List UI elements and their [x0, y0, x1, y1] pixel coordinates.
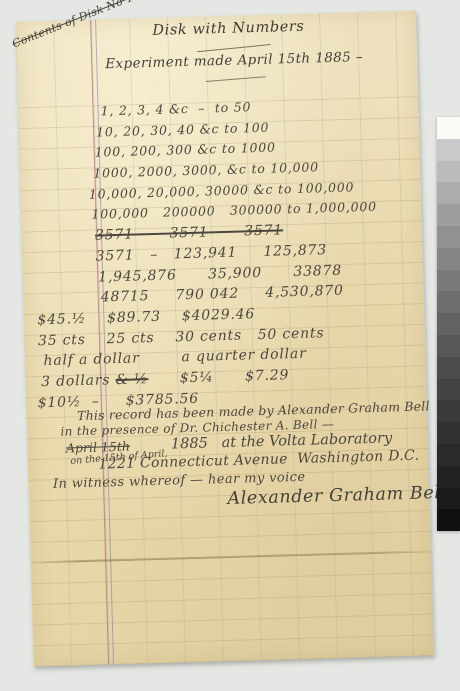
grayscale-step — [437, 139, 460, 161]
line14-struck: & ½ — [115, 371, 148, 388]
grayscale-step — [437, 379, 460, 401]
line14-post: $5¼ $7.29 — [148, 367, 289, 387]
grayscale-step — [437, 335, 460, 357]
grayscale-step — [437, 182, 460, 204]
grayscale-step — [437, 161, 460, 183]
grayscale-step — [437, 444, 460, 466]
line14-pre: 3 dollars — [41, 372, 116, 390]
grayscale-step — [437, 466, 460, 488]
grayscale-step — [437, 226, 460, 248]
grayscale-step — [437, 117, 460, 139]
document-scan: { "colors": { "background": "#e4e7e3", "… — [0, 0, 460, 691]
grayscale-step — [437, 248, 460, 270]
grayscale-strip — [437, 117, 460, 531]
grayscale-step — [437, 422, 460, 444]
grayscale-step — [437, 204, 460, 226]
grayscale-step — [437, 313, 460, 335]
grayscale-step — [437, 357, 460, 379]
paper: Contents of Disk No 1. Disk with Numbers… — [16, 11, 434, 667]
number-block: 1, 2, 3, 4 &c – to 50 10, 20, 30, 40 &c … — [98, 94, 447, 414]
grayscale-step — [437, 400, 460, 422]
grayscale-step — [437, 291, 460, 313]
grayscale-step — [437, 509, 460, 531]
grayscale-step — [437, 488, 460, 510]
grayscale-step — [437, 270, 460, 292]
